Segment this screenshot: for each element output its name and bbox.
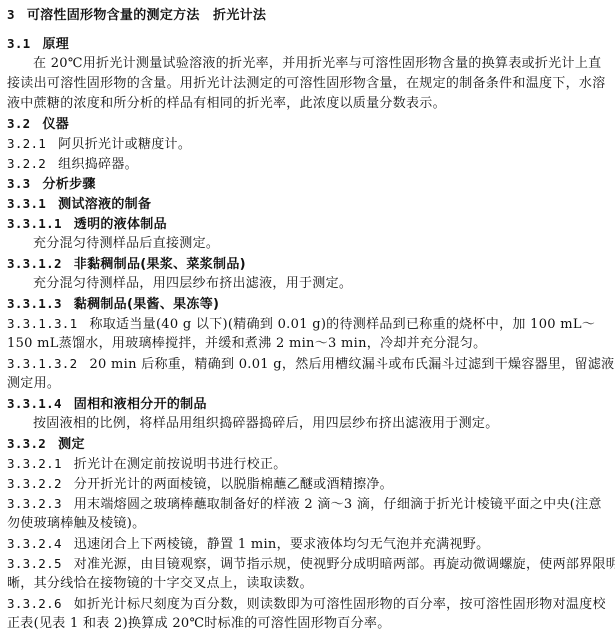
heading-number: 3.1 [7,34,30,54]
paragraph-line: 按固液相的比例，将样品用组织捣碎器捣碎后，用四层纱布挤出滤液用于测定。 [7,414,587,434]
heading-text: 原理 [42,37,69,52]
item-number: 3.3.2.4 [7,534,62,554]
item-text: 分开折光计的两面棱镜，以脱脂棉蘸乙醚或酒精擦净。 [74,477,393,492]
heading-number: 3.3.1 [7,194,46,214]
heading-text: 固相和液相分开的制品 [74,397,207,412]
item-number: 3.3.2.6 [7,594,62,614]
heading-text: 测定 [58,437,85,452]
item-number: 3.2.2 [7,154,46,174]
item-text: 组织捣碎器。 [58,157,138,172]
paragraph-line: 测定用。 [7,374,587,394]
heading-text: 分析步骤 [42,177,95,192]
heading-text: 黏稠制品(果酱、果冻等) [74,297,219,312]
paragraph-line: 液中蔗糖的浓度和所分析的样品有相同的折光率，此浓度以质量分数表示。 [7,94,587,114]
item-3-3-2-2: 3.3.2.2分开折光计的两面棱镜，以脱脂棉蘸乙醚或酒精擦净。 [7,474,587,494]
heading-3-3-1-4: 3.3.1.4固相和液相分开的制品 [7,394,587,414]
paragraph-line: 150 mL蒸馏水，用玻璃棒搅拌，并缓和煮沸 2 min～3 min，冷却并充分… [7,334,587,354]
item-3-3-1-3-1: 3.3.1.3.1称取适当量(40 g 以下)(精确到 0.01 g)的待测样品… [7,314,587,334]
paragraph-line: 接读出可溶性固形物的含量。用折光计法测定的可溶性固形物含量，在规定的制备条件和温… [7,74,577,94]
item-text: 对准光源，由目镜观察，调节指示规，使视野分成明暗两部。再旋动微调螺旋，使两部界限… [74,557,615,572]
paragraph-line: 充分混匀待测样品，用四层纱布挤出滤液，用于测定。 [7,274,587,294]
item-number: 3.3.2.3 [7,494,62,514]
item-number: 3.2.1 [7,134,46,154]
paragraph-line: 正表(见表 1 和表 2)换算成 20℃时标准的可溶性固形物百分率。 [7,614,587,634]
item-3-3-2-4: 3.3.2.4迅速闭合上下两棱镜，静置 1 min，要求液体均匀无气泡并充满视野… [7,534,587,554]
document-page: 3可溶性固形物含量的测定方法 折光计法 3.1原理 在 20℃用折光计测量试验溶… [7,4,587,634]
item-3-3-1-3-2: 3.3.1.3.220 min 后称重，精确到 0.01 g，然后用槽纹漏斗或布… [7,354,587,374]
item-3-3-2-6: 3.3.2.6如折光计标尺刻度为百分数，则读数即为可溶性固形物的百分率，按可溶性… [7,594,587,614]
heading-number: 3.3.1.2 [7,254,62,274]
heading-number: 3.3.2 [7,434,46,454]
heading-number: 3.3 [7,174,30,194]
item-number: 3.3.1.3.2 [7,354,77,374]
section-title: 3可溶性固形物含量的测定方法 折光计法 [7,4,587,26]
paragraph-line: 充分混匀待测样品后直接测定。 [7,234,587,254]
heading-3-1: 3.1原理 [7,34,587,54]
item-3-3-2-5: 3.3.2.5对准光源，由目镜观察，调节指示规，使视野分成明暗两部。再旋动微调螺… [7,554,587,574]
item-text: 阿贝折光计或糖度计。 [58,137,191,152]
item-text: 用末端熔圆之玻璃棒蘸取制备好的样液 2 滴～3 滴，仔细滴于折光计棱镜平面之中央… [74,497,602,512]
heading-3-3: 3.3分析步骤 [7,174,587,194]
heading-number: 3.2 [7,114,30,134]
item-3-2-1: 3.2.1阿贝折光计或糖度计。 [7,134,587,154]
item-text: 20 min 后称重，精确到 0.01 g，然后用槽纹漏斗或布氏漏斗过滤到干燥容… [89,357,615,372]
paragraph-line: 勿使玻璃棒触及棱镜)。 [7,514,587,534]
item-text: 迅速闭合上下两棱镜，静置 1 min，要求液体均匀无气泡并充满视野。 [74,537,490,552]
heading-number: 3.3.1.3 [7,294,62,314]
paragraph-line: 在 20℃用折光计测量试验溶液的折光率，并用折光率与可溶性固形物含量的换算表或折… [7,54,577,74]
item-number: 3.3.2.1 [7,454,62,474]
item-number: 3.3.2.2 [7,474,62,494]
heading-3-3-2: 3.3.2测定 [7,434,587,454]
item-text: 如折光计标尺刻度为百分数，则读数即为可溶性固形物的百分率，按可溶性固形物对温度校 [74,597,606,612]
heading-text: 仪器 [42,117,69,132]
heading-text: 测试溶液的制备 [58,197,151,212]
heading-3-3-1-1: 3.3.1.1透明的液体制品 [7,214,587,234]
heading-3-2: 3.2仪器 [7,114,587,134]
heading-text: 透明的液体制品 [74,217,167,232]
heading-3-3-1: 3.3.1测试溶液的制备 [7,194,587,214]
item-text: 称取适当量(40 g 以下)(精确到 0.01 g)的待测样品到已称重的烧杯中，… [89,317,595,332]
item-number: 3.3.1.3.1 [7,314,77,334]
heading-3-3-1-3: 3.3.1.3黏稠制品(果酱、果冻等) [7,294,587,314]
paragraph-line: 晰，其分线恰在接物镜的十字交叉点上，读取读数。 [7,574,587,594]
heading-number: 3.3.1.4 [7,394,62,414]
heading-number: 3.3.1.1 [7,214,62,234]
section-number: 3 [7,4,15,26]
heading-3-3-1-2: 3.3.1.2非黏稠制品(果浆、菜浆制品) [7,254,587,274]
item-3-2-2: 3.2.2组织捣碎器。 [7,154,587,174]
section-title-text: 可溶性固形物含量的测定方法 折光计法 [27,8,266,23]
item-3-3-2-3: 3.3.2.3用末端熔圆之玻璃棒蘸取制备好的样液 2 滴～3 滴，仔细滴于折光计… [7,494,587,514]
heading-text: 非黏稠制品(果浆、菜浆制品) [74,257,246,272]
item-text: 折光计在测定前按说明书进行校正。 [74,457,287,472]
item-number: 3.3.2.5 [7,554,62,574]
item-3-3-2-1: 3.3.2.1折光计在测定前按说明书进行校正。 [7,454,587,474]
